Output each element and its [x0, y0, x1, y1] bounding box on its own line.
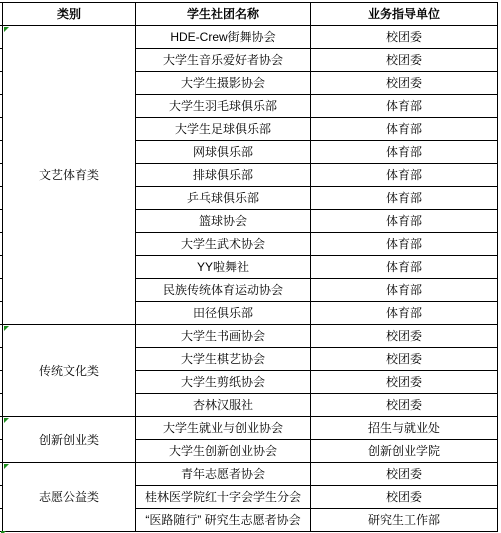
gridline-stub [0, 393, 3, 394]
unit-cell[interactable]: 体育部 [311, 233, 498, 256]
unit-cell[interactable]: 校团委 [311, 486, 498, 509]
unit-cell[interactable]: 创新创业学院 [311, 440, 498, 463]
category-cell[interactable]: 创新创业类 [3, 417, 136, 463]
club-name-cell[interactable]: 篮球协会 [136, 210, 311, 233]
gridline-stub [0, 462, 3, 463]
club-name-cell[interactable]: 排球俱乐部 [136, 164, 311, 187]
club-name-cell[interactable]: 大学生足球俱乐部 [136, 118, 311, 141]
club-name-cell[interactable]: YY啦舞社 [136, 256, 311, 279]
category-label: 文艺体育类 [39, 168, 99, 182]
category-label: 传统文化类 [39, 364, 99, 378]
unit-cell[interactable]: 研究生工作部 [311, 509, 498, 532]
club-name-cell[interactable]: 大学生音乐爱好者协会 [136, 49, 311, 72]
unit-cell[interactable]: 体育部 [311, 118, 498, 141]
table-body: 文艺体育类HDE-Crew街舞协会校团委大学生音乐爱好者协会校团委大学生摄影协会… [3, 26, 498, 532]
unit-cell[interactable]: 校团委 [311, 26, 498, 49]
unit-cell[interactable]: 校团委 [311, 394, 498, 417]
club-name-cell[interactable]: 大学生剪纸协会 [136, 371, 311, 394]
club-name-cell[interactable]: 网球俱乐部 [136, 141, 311, 164]
gridline-stub [0, 25, 3, 26]
gridline-stub [0, 508, 3, 509]
table-row: 文艺体育类HDE-Crew街舞协会校团委 [3, 26, 498, 49]
club-name-cell[interactable]: 桂林医学院红十字会学生分会 [136, 486, 311, 509]
unit-cell[interactable]: 校团委 [311, 371, 498, 394]
unit-cell[interactable]: 校团委 [311, 348, 498, 371]
club-name-cell[interactable]: 乒乓球俱乐部 [136, 187, 311, 210]
category-cell[interactable]: 文艺体育类 [3, 26, 136, 325]
error-indicator-icon [4, 464, 9, 469]
unit-cell[interactable]: 招生与就业处 [311, 417, 498, 440]
club-name-cell[interactable]: 大学生棋艺协会 [136, 348, 311, 371]
unit-cell[interactable]: 体育部 [311, 187, 498, 210]
unit-cell[interactable]: 体育部 [311, 302, 498, 325]
gridline-stub [0, 255, 3, 256]
gridline-stub [0, 485, 3, 486]
club-name-cell[interactable]: 大学生创新创业协会 [136, 440, 311, 463]
club-name-cell[interactable]: 大学生羽毛球俱乐部 [136, 95, 311, 118]
category-cell[interactable]: 传统文化类 [3, 325, 136, 417]
category-label: 创新创业类 [39, 433, 99, 447]
header-cell-club-name[interactable]: 学生社团名称 [136, 3, 311, 26]
gridline-stub [0, 232, 3, 233]
gridline-stub [0, 163, 3, 164]
club-name-cell[interactable]: 民族传统体育运动协会 [136, 279, 311, 302]
gridline-stub [0, 531, 3, 532]
club-name-cell[interactable]: 青年志愿者协会 [136, 463, 311, 486]
table-row: 传统文化类大学生书画协会校团委 [3, 325, 498, 348]
table-row: 志愿公益类青年志愿者协会校团委 [3, 463, 498, 486]
gridline-stub [0, 48, 3, 49]
header-cell-category[interactable]: 类别 [3, 3, 136, 26]
club-name-cell[interactable]: 大学生就业与创业协会 [136, 417, 311, 440]
unit-cell[interactable]: 体育部 [311, 256, 498, 279]
unit-cell[interactable]: 体育部 [311, 279, 498, 302]
category-label: 志愿公益类 [39, 490, 99, 504]
unit-cell[interactable]: 校团委 [311, 463, 498, 486]
gridline-stub [0, 347, 3, 348]
header-row: 类别 学生社团名称 业务指导单位 [3, 3, 498, 26]
club-name-cell[interactable]: 大学生书画协会 [136, 325, 311, 348]
gridline-stub [0, 370, 3, 371]
club-name-cell[interactable]: HDE-Crew街舞协会 [136, 26, 311, 49]
gridline-stub [0, 324, 3, 325]
unit-cell[interactable]: 校团委 [311, 49, 498, 72]
gridline-stub [0, 439, 3, 440]
table-row: 创新创业类大学生就业与创业协会招生与就业处 [3, 417, 498, 440]
club-name-cell[interactable]: 田径俱乐部 [136, 302, 311, 325]
error-indicator-icon [4, 326, 9, 331]
club-table: 类别 学生社团名称 业务指导单位 文艺体育类HDE-Crew街舞协会校团委大学生… [2, 2, 498, 532]
club-name-cell[interactable]: “医路随行” 研究生志愿者协会 [136, 509, 311, 532]
gridline-stub [0, 278, 3, 279]
gridline-stub [0, 117, 3, 118]
gridline-stub [0, 186, 3, 187]
unit-cell[interactable]: 体育部 [311, 141, 498, 164]
unit-cell[interactable]: 体育部 [311, 164, 498, 187]
category-cell[interactable]: 志愿公益类 [3, 463, 136, 532]
gridline-stub [0, 140, 3, 141]
error-indicator-icon [4, 418, 9, 423]
gridline-stub [0, 209, 3, 210]
spreadsheet-canvas: 类别 学生社团名称 业务指导单位 文艺体育类HDE-Crew街舞协会校团委大学生… [0, 0, 501, 533]
gridline-stub [0, 71, 3, 72]
error-indicator-icon [4, 27, 9, 32]
club-name-cell[interactable]: 大学生摄影协会 [136, 72, 311, 95]
club-name-cell[interactable]: 杏林汉服社 [136, 394, 311, 417]
gridline-stub [0, 94, 3, 95]
gridline-stub [0, 416, 3, 417]
unit-cell[interactable]: 体育部 [311, 210, 498, 233]
unit-cell[interactable]: 校团委 [311, 325, 498, 348]
club-name-cell[interactable]: 大学生武术协会 [136, 233, 311, 256]
gridline-stub [0, 301, 3, 302]
header-cell-unit[interactable]: 业务指导单位 [311, 3, 498, 26]
unit-cell[interactable]: 体育部 [311, 95, 498, 118]
gridline-stub [0, 2, 3, 3]
unit-cell[interactable]: 校团委 [311, 72, 498, 95]
